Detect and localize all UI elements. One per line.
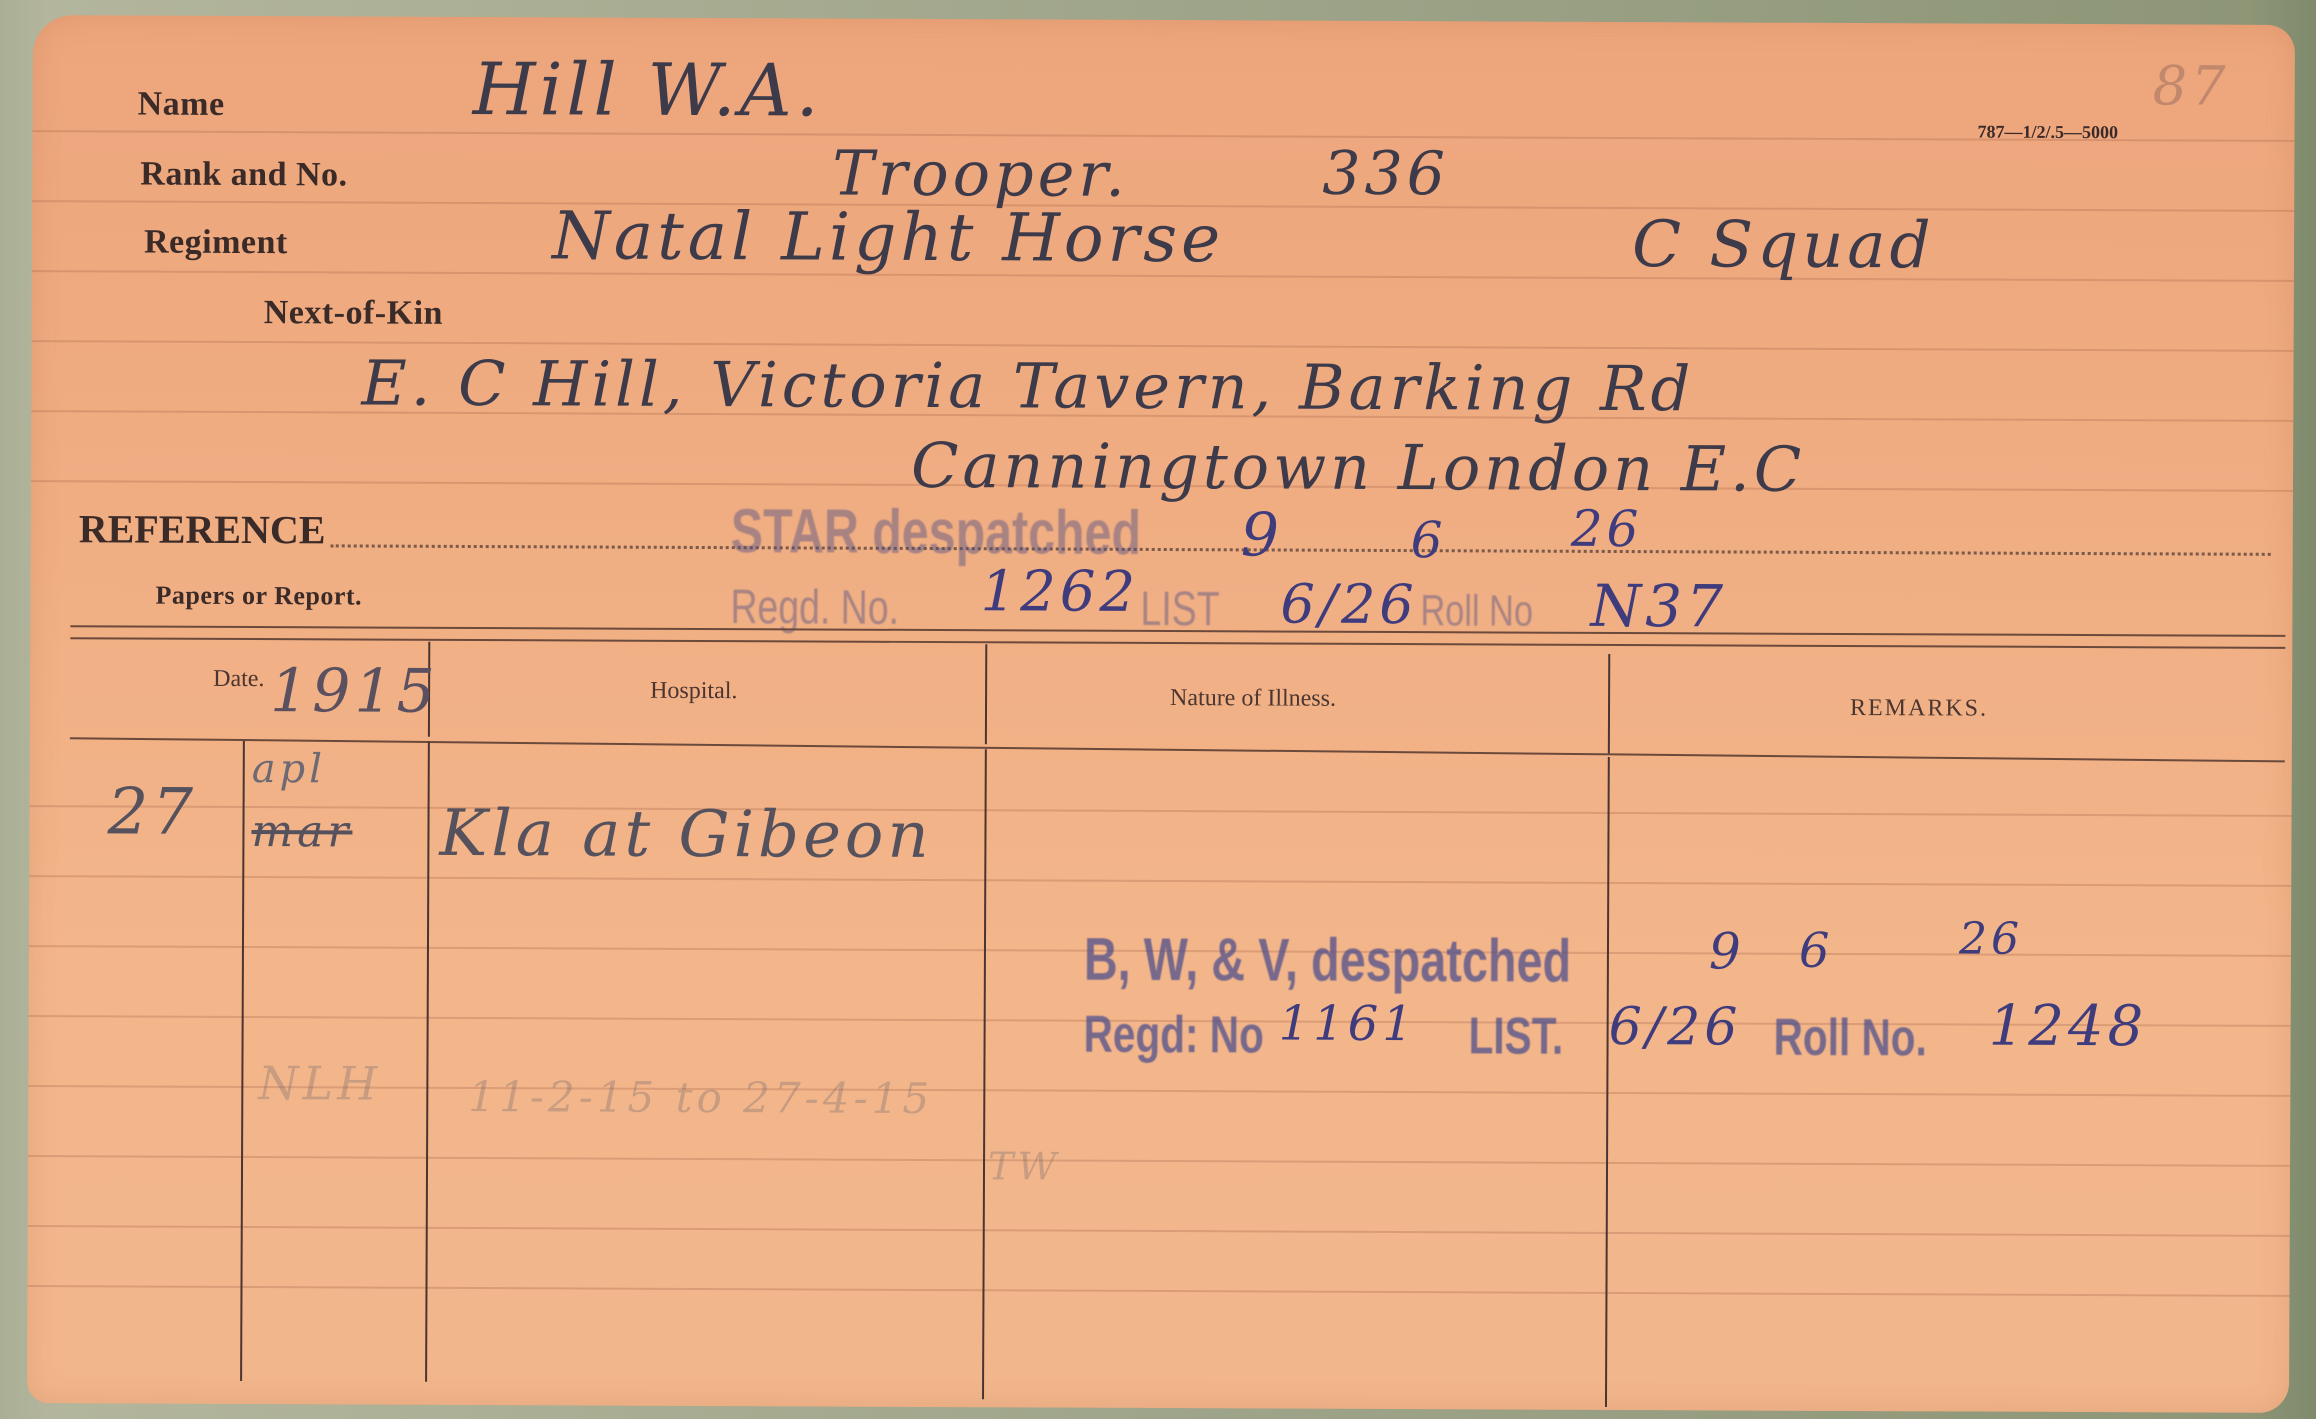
nature-of-illness-header: Nature of Illness. [1170,685,1336,713]
body-divider [982,749,986,1399]
next-of-kin-line1: E. C Hill, Victoria Tavern, Barking Rd [361,347,1694,426]
ruled-line [27,1285,2289,1297]
print-code: 787—1/2/.5—5000 [1978,122,2119,144]
roll-no-label: Roll No [1420,586,1533,636]
roll-no-value: N37 [1590,572,1727,641]
reference-dotted-line [331,544,2271,555]
service-number: 336 [1322,139,1449,210]
bwv-regd-no: 1161 [1279,996,1417,1053]
star-year: 26 [1571,500,1643,558]
date-year: 1915 [270,656,439,727]
next-of-kin-label: Next-of-Kin [264,294,443,333]
medal-index-card: 787—1/2/.5—5000 87 Name Hill W.A. Rank a… [27,15,2295,1413]
entry-month-struck: mar [251,806,352,857]
regd-no-value: 1262 [980,559,1139,625]
body-divider [240,741,244,1381]
body-divider [1605,757,1609,1407]
ruled-line [29,875,2291,887]
ruled-line [33,130,2295,142]
bwv-year: 26 [1959,913,2023,964]
header-divider [1608,654,1610,754]
body-divider [425,742,429,1382]
list-value: 6/26 [1280,573,1418,637]
pencil-unit-note: NLH [258,1056,381,1111]
next-of-kin-line2: Canningtown London E.C [911,429,1805,506]
table-top-rule-2 [70,637,2285,649]
squadron-value: C Squad [1632,208,1935,283]
bwv-roll-value: 1248 [1989,994,2148,1060]
star-despatched-stamp: STAR despatched [731,496,1142,569]
ruled-line [28,1225,2290,1237]
papers-or-report-label: Papers or Report. [155,581,362,612]
date-header: Date. [213,666,264,693]
remarks-header: REMARKS. [1850,695,1988,723]
corner-number: 87 [2153,54,2230,117]
star-month: 6 [1411,511,1447,569]
list-label: LIST [1140,582,1219,637]
hospital-header: Hospital. [650,678,737,705]
bwv-month: 6 [1799,923,1834,979]
pencil-initials: TW [988,1144,1061,1188]
bwv-day: 9 [1709,922,1745,980]
rank-label: Rank and No. [140,156,347,195]
header-bottom-rule [70,737,2285,762]
bwv-roll-label: Roll No. [1773,1008,1926,1069]
regiment-value: Natal Light Horse [552,197,1224,277]
regiment-label: Regiment [144,224,288,263]
bwv-list-label: LIST. [1468,1006,1563,1066]
name-value: Hill W.A. [473,47,823,133]
bwv-despatched-stamp: B, W, & V, despatched [1084,925,1571,996]
pencil-date-range: 11-2-15 to 27-4-15 [468,1072,933,1123]
ruled-line [28,1155,2290,1167]
ruled-line [30,805,2292,817]
bwv-list-value: 6/26 [1609,997,1742,1058]
name-label: Name [138,86,225,124]
bwv-regd-label: Regd: No [1083,1005,1264,1066]
entry-day: 27 [107,775,197,849]
entry-month-correction: apl [252,746,326,792]
star-day: 9 [1241,500,1283,570]
reference-label: REFERENCE [79,505,326,553]
header-divider [985,644,987,744]
entry-text: Kla at Gibeon [439,797,933,873]
